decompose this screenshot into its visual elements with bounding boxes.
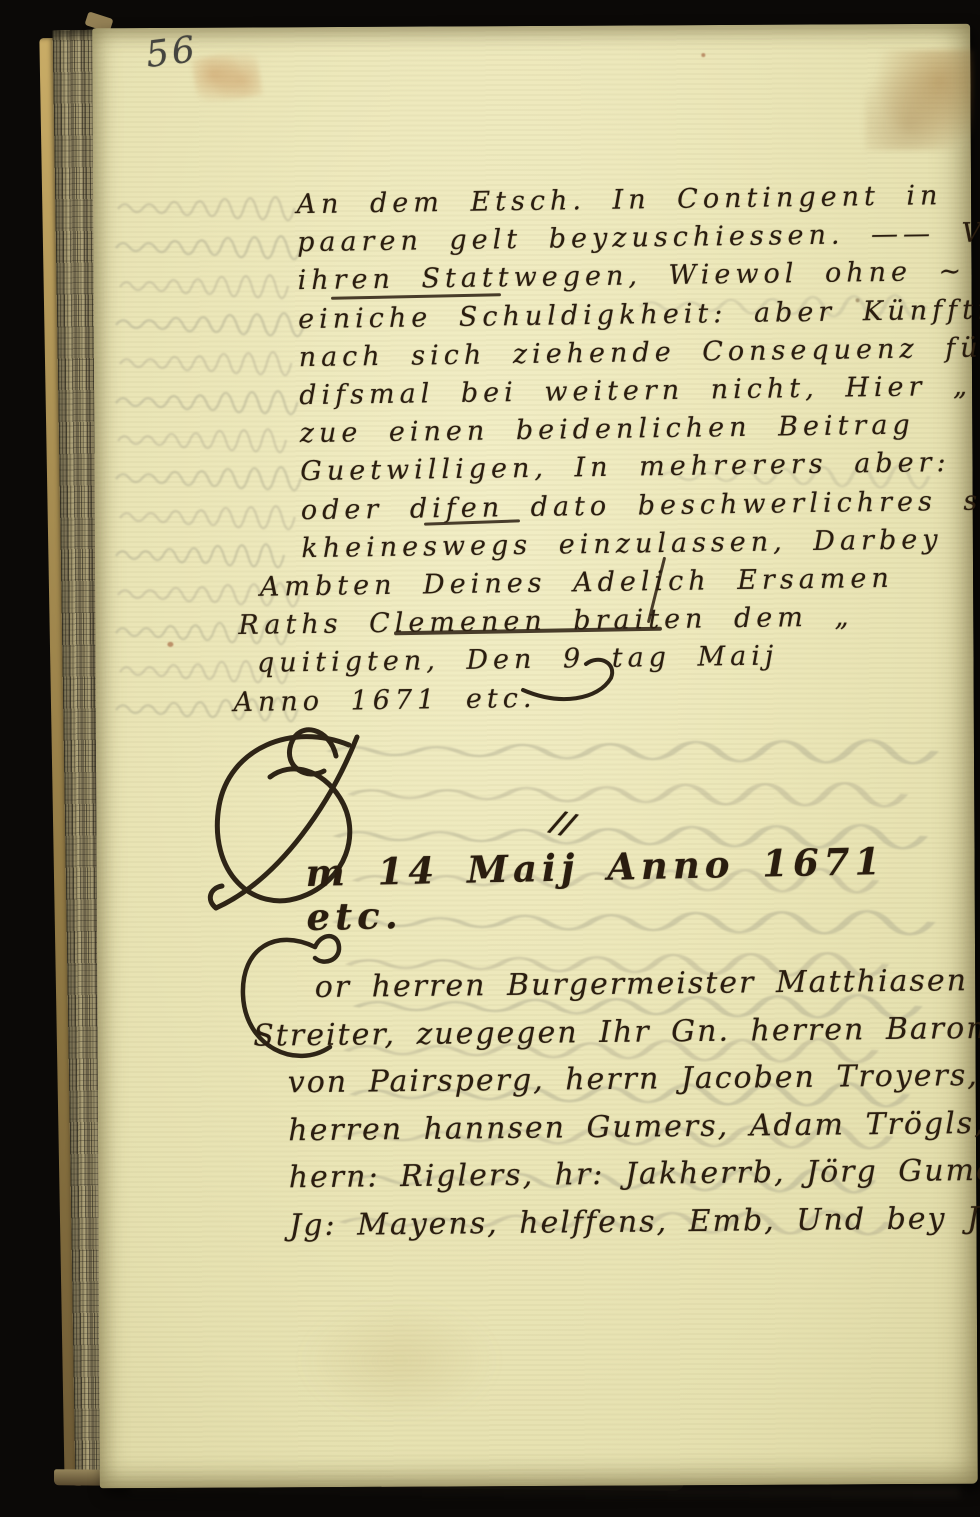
manuscript-line: von Pairsperg, herrn Jacoben Troyers,	[288, 1051, 980, 1107]
manuscript-line: Streiter, zuegegen Ihr Gn. herren Baron	[253, 1003, 980, 1060]
entry-heading-date: A m 14 Maij Anno 1671 etc.	[305, 837, 980, 939]
pen-swash	[523, 660, 612, 699]
manuscript-line: herren hannsen Gumers, Adam Trögls,	[288, 1098, 980, 1154]
entry-text-block-2: V or herren Burgermeister Matthiasen Str…	[287, 956, 980, 1250]
heading-text: m 14 Maij Anno 1671 etc.	[305, 839, 886, 939]
manuscript-line: hern: Riglers, hr: Jakherrb, Jörg Gumers	[289, 1146, 980, 1202]
manuscript-photo: 56 An dem Etsch. In Contingent in paaren…	[0, 0, 980, 1517]
manuscript-line: or herren Burgermeister Matthiasen	[315, 956, 980, 1012]
calligraphic-flourishes	[0, 0, 980, 1517]
manuscript-line: Jg: Mayens, helffens, Emb, Und bey Jeger…	[289, 1194, 980, 1250]
